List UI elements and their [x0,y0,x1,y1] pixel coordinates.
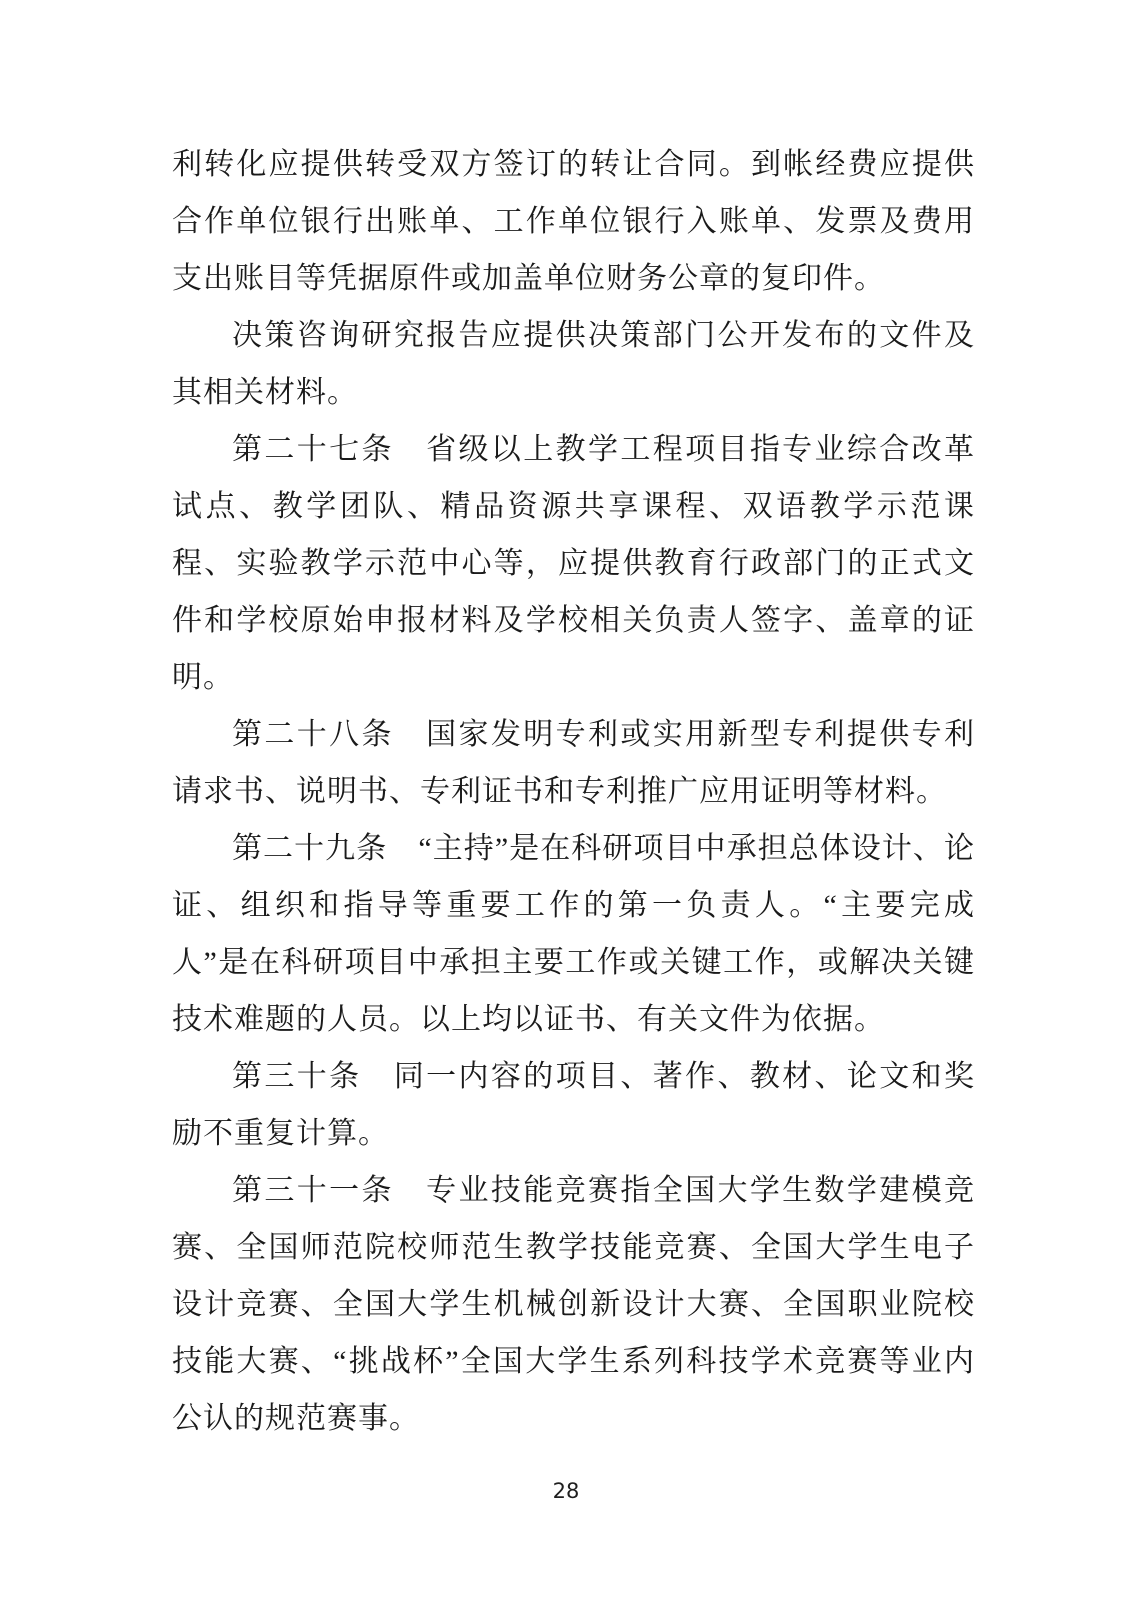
paragraph: 第二十九条 “主持”是在科研项目中承担总体设计、论证、组织和指导等重要工作的第一… [172,820,975,1048]
paragraph: 第三十一条 专业技能竞赛指全国大学生数学建模竞赛、全国师范院校师范生教学技能竞赛… [172,1162,975,1447]
document-page: 利转化应提供转受双方签订的转让合同。到帐经费应提供合作单位银行出账单、工作单位银… [0,0,1132,1600]
paragraph: 第二十七条 省级以上教学工程项目指专业综合改革试点、教学团队、精品资源共享课程、… [172,421,975,706]
paragraph: 利转化应提供转受双方签订的转让合同。到帐经费应提供合作单位银行出账单、工作单位银… [172,136,975,307]
paragraph: 第二十八条 国家发明专利或实用新型专利提供专利请求书、说明书、专利证书和专利推广… [172,706,975,820]
document-body: 利转化应提供转受双方签订的转让合同。到帐经费应提供合作单位银行出账单、工作单位银… [172,136,975,1447]
page-number: 28 [0,1479,1132,1503]
paragraph: 第三十条 同一内容的项目、著作、教材、论文和奖励不重复计算。 [172,1048,975,1162]
paragraph: 决策咨询研究报告应提供决策部门公开发布的文件及其相关材料。 [172,307,975,421]
